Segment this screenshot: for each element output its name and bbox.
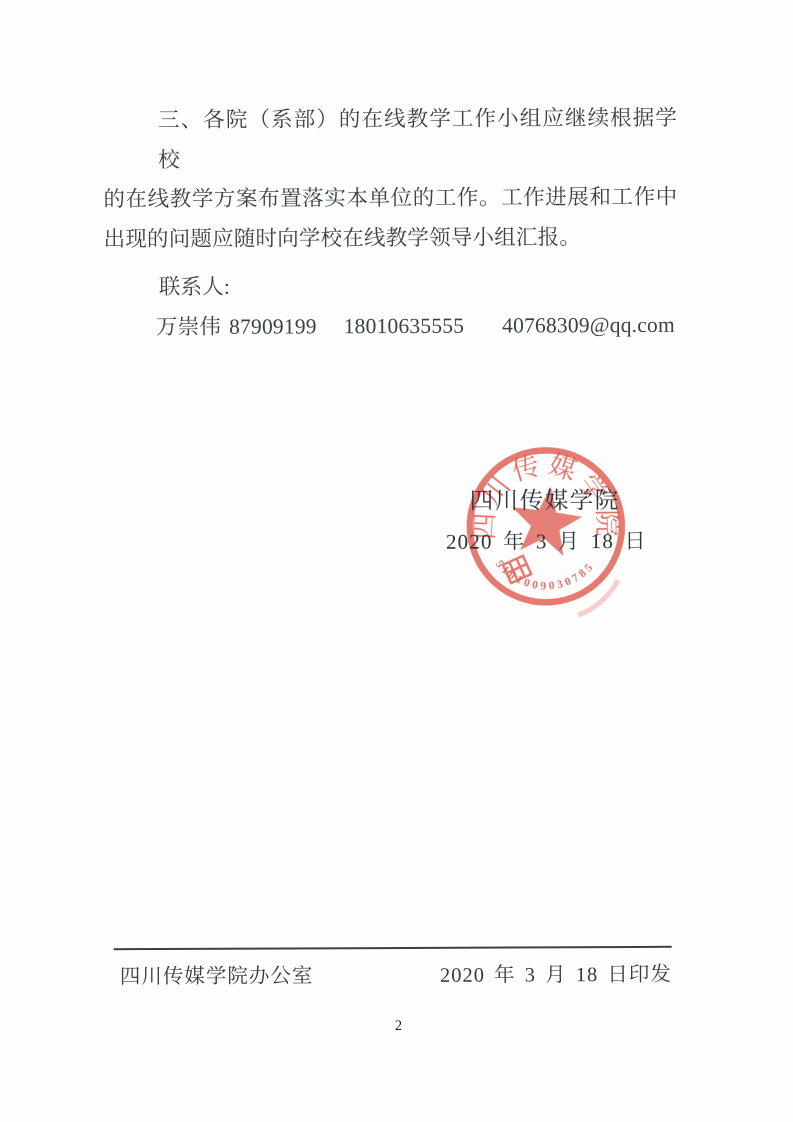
scanned-content: 三、各院（系部）的在线教学工作小组应继续根据学校 的在线教学方案布置落实本单位的… bbox=[0, 0, 793, 1122]
contact-label: 联系人: bbox=[104, 266, 678, 308]
paragraph-line: 三、各院（系部）的在线教学工作小组应继续根据学校 bbox=[103, 99, 677, 181]
paragraph-line: 出现的问题应随时向学校在线教学领导小组汇报。 bbox=[104, 217, 678, 259]
contact-phone-mobile: 18010635555 bbox=[344, 313, 465, 338]
contact-email: 40768309@qq.com bbox=[502, 312, 675, 337]
contact-phone-office: 87909199 bbox=[229, 314, 317, 338]
contact-name: 万崇伟 bbox=[156, 314, 221, 338]
document-page: 三、各院（系部）的在线教学工作小组应继续根据学校 的在线教学方案布置落实本单位的… bbox=[0, 0, 793, 1122]
footer-office: 四川传媒学院办公室 bbox=[120, 958, 314, 989]
contact-info-row: 万崇伟879091991801063555540768309@qq.com bbox=[104, 305, 678, 347]
body-text-block: 三、各院（系部）的在线教学工作小组应继续根据学校 的在线教学方案布置落实本单位的… bbox=[103, 99, 678, 348]
footer-divider bbox=[114, 946, 672, 950]
page-number: 2 bbox=[2, 1016, 793, 1036]
footer-issue-date: 2020 年 3 月 18 日印发 bbox=[440, 957, 672, 988]
paragraph-line: 的在线教学方案布置落实本单位的工作。工作进展和工作中 bbox=[103, 178, 677, 220]
signature-org: 四川传媒学院 bbox=[470, 481, 620, 516]
signature-date: 2020 年 3 月 18 日 bbox=[446, 525, 647, 556]
